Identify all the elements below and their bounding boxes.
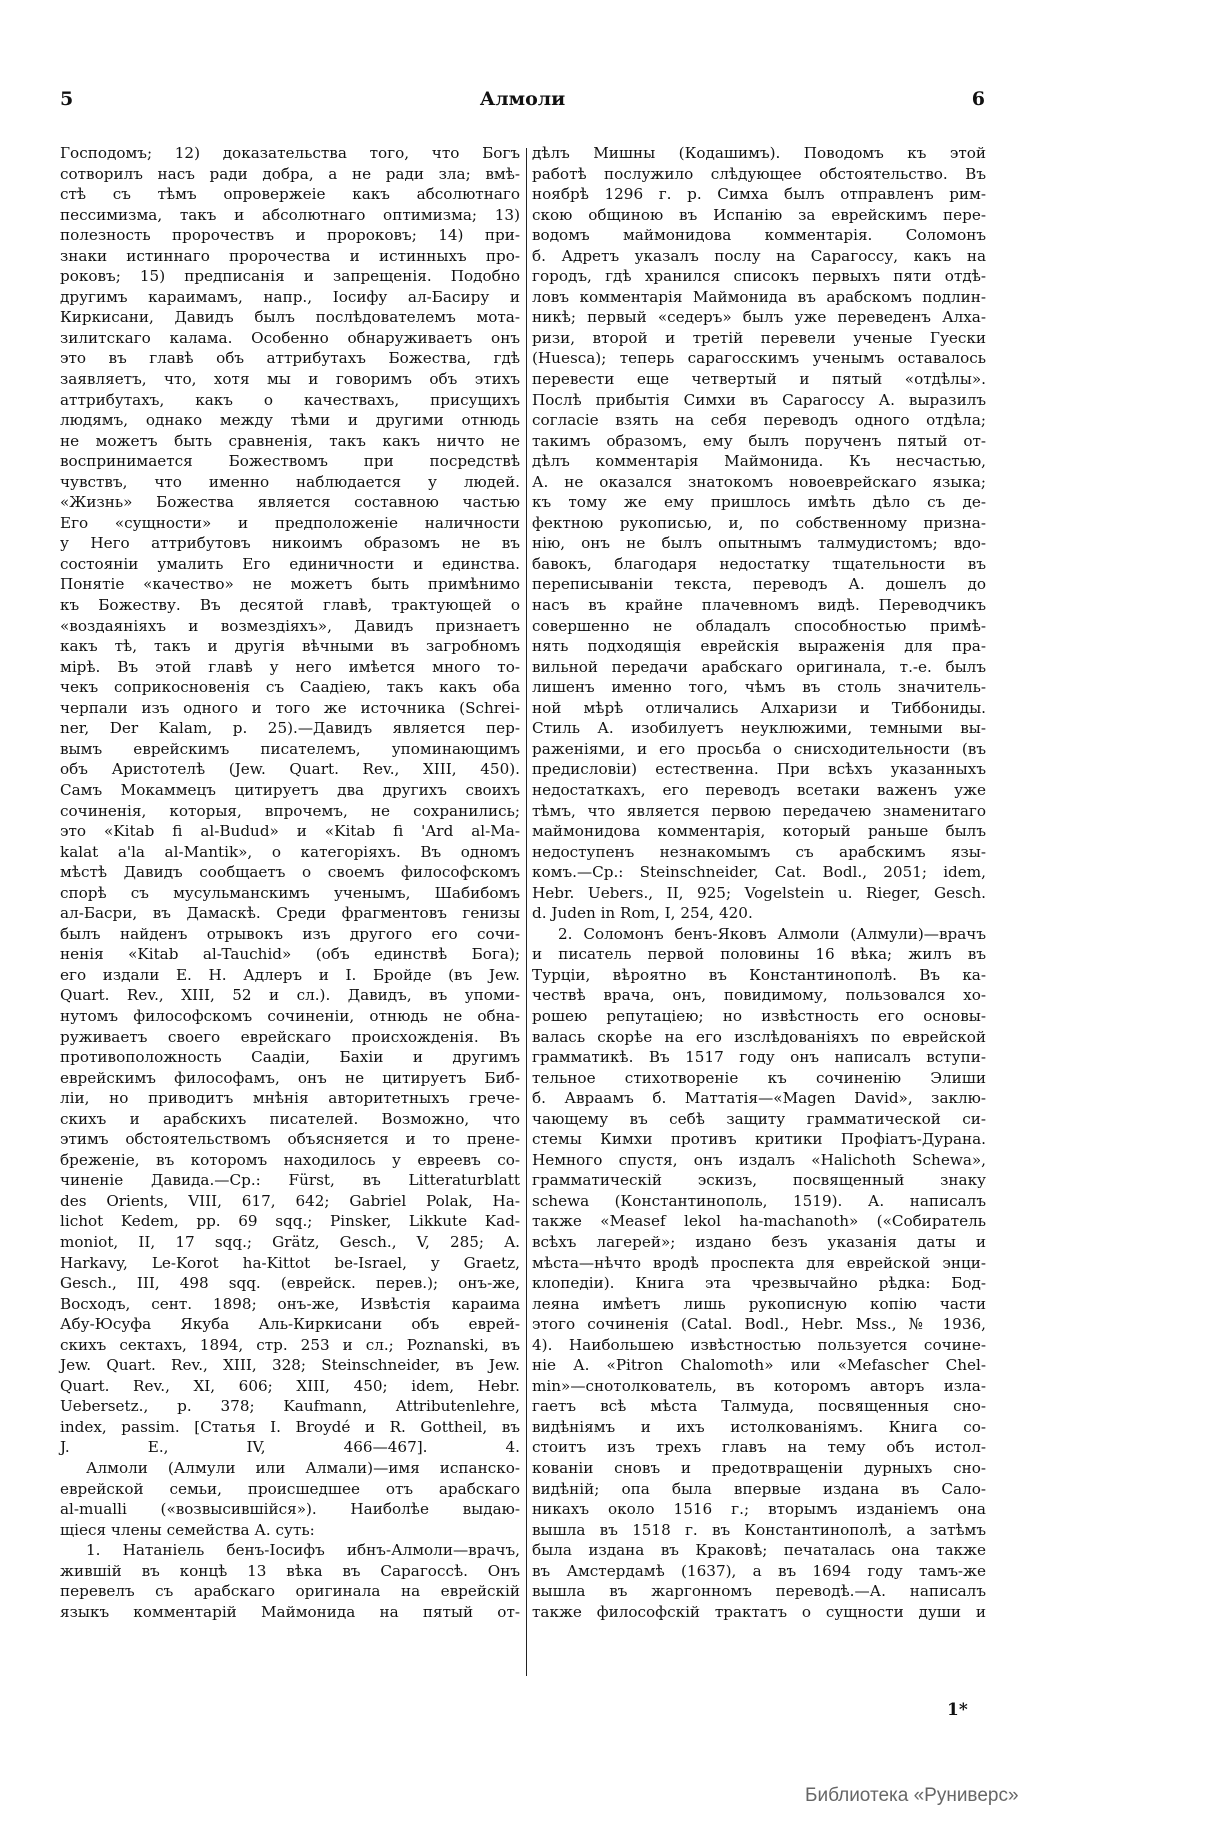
text-line: жившій въ концѣ 13 вѣка въ Сарагоссѣ. Он… [60, 1561, 520, 1582]
text-line: аттрибутахъ, какъ о качествахъ, присущих… [60, 390, 520, 411]
text-line: нять подходящія еврейскія выраженія для … [532, 636, 986, 657]
text-line: чествѣ врача, онъ, повидимому, пользовал… [532, 985, 986, 1006]
text-line: бреженіе, въ которомъ находилось у еврее… [60, 1150, 520, 1171]
text-line: Gesch., III, 498 sqq. (еврейск. перев.);… [60, 1273, 520, 1294]
text-line: спорѣ съ мусульманскимъ ученымъ, Шабибом… [60, 883, 520, 904]
text-line: ніе А. «Pitron Chalomoth» или «Mefascher… [532, 1355, 986, 1376]
text-line: воспринимается Божествомъ при посредствѣ [60, 451, 520, 472]
text-line: стоитъ изъ трехъ главъ на тему объ истол… [532, 1437, 986, 1458]
text-line: рошею репутаціею; но извѣстность его осн… [532, 1006, 986, 1027]
text-line: маймонидова комментарія, который раньше … [532, 821, 986, 842]
text-line: Алмоли (Алмули или Алмали)—имя испанско- [60, 1458, 520, 1479]
text-line: des Orients, VIII, 617, 642; Gabriel Pol… [60, 1191, 520, 1212]
text-line: «воздаяніяхъ и возмездіяхъ», Давидъ приз… [60, 616, 520, 637]
text-line: Quart. Rev., XIII, 52 и сл.). Давидъ, въ… [60, 985, 520, 1006]
text-line: «Жизнь» Божества является составною част… [60, 492, 520, 513]
text-line: водомъ маймонидова комментарія. Соломонъ [532, 225, 986, 246]
text-line: скою общиною въ Испанію за еврейскимъ пе… [532, 205, 986, 226]
text-line: недоступенъ незнакомымъ съ арабскимъ язы… [532, 842, 986, 863]
text-line: какъ тѣ, такъ и другія вѣчными въ загроб… [60, 636, 520, 657]
text-line: Абу-Юсуфа Якуба Аль-Киркисани объ еврей- [60, 1314, 520, 1335]
text-line: еврейской семьи, происшедшее отъ арабска… [60, 1479, 520, 1500]
text-line: ной мѣрѣ отличались Алхаризи и Тиббониды… [532, 698, 986, 719]
text-line: Стиль А. изобилуетъ неуклюжими, темными … [532, 718, 986, 739]
text-line: клопедіи). Книга эта чрезвычайно рѣдка: … [532, 1273, 986, 1294]
text-line: А. не оказался знатокомъ новоеврейскаго … [532, 472, 986, 493]
text-line: зилитскаго калама. Особенно обнаруживает… [60, 328, 520, 349]
text-line: б. Авраамъ б. Маттатія—«Magen David», за… [532, 1088, 986, 1109]
text-line: Немного спустя, онъ издалъ «Halichoth Sc… [532, 1150, 986, 1171]
text-line: комъ.—Ср.: Steinschneider, Cat. Bodl., 2… [532, 862, 986, 883]
text-line: видѣній; опа была впервые издана въ Сало… [532, 1479, 986, 1500]
text-line: ner, Der Kalam, p. 25).—Давидъ является … [60, 718, 520, 739]
text-line: совершенно не обладалъ способностью прим… [532, 616, 986, 637]
text-line: Jew. Quart. Rev., XIII, 328; Steinschnei… [60, 1355, 520, 1376]
text-line: мѣста—нѣчто вродѣ проспекта для еврейско… [532, 1253, 986, 1274]
text-line: не можетъ быть сравненія, такъ какъ ничт… [60, 431, 520, 452]
text-line: такимъ образомъ, ему былъ порученъ пятый… [532, 431, 986, 452]
text-line: лишенъ именно того, чѣмъ въ столь значит… [532, 677, 986, 698]
text-line: вильной передачи арабскаго оригинала, т.… [532, 657, 986, 678]
text-line: бавокъ, благодаря недостатку тщательност… [532, 554, 986, 575]
text-line: ризи, второй и третій перевели ученые Гу… [532, 328, 986, 349]
text-line: ал-Басри, въ Дамаскѣ. Среди фрагментовъ … [60, 903, 520, 924]
page-header: 5 Алмоли 6 [60, 88, 985, 112]
text-line: гаетъ всѣ мѣста Талмуда, посвященныя сно… [532, 1396, 986, 1417]
text-line: къ тому же ему пришлось имѣть дѣло съ де… [532, 492, 986, 513]
text-line: дѣлъ комментарія Маймонида. Къ несчастью… [532, 451, 986, 472]
text-line: людямъ, однако между тѣми и другими отню… [60, 410, 520, 431]
text-line: роковъ; 15) предписанія и запрещенія. По… [60, 266, 520, 287]
text-line: видѣніямъ и ихъ истолкованіямъ. Книга со… [532, 1417, 986, 1438]
text-line: еврейскимъ философамъ, онъ не цитируетъ … [60, 1068, 520, 1089]
text-line: раженіями, и его просьба о снисходительн… [532, 739, 986, 760]
text-line: пессимизма, такъ и абсолютнаго оптимизма… [60, 205, 520, 226]
text-line: перевелъ съ арабскаго оригинала на еврей… [60, 1581, 520, 1602]
text-line: его издали Е. Н. Адлеръ и I. Бройде (въ … [60, 965, 520, 986]
text-line: никахъ около 1516 г.; вторымъ изданіемъ … [532, 1499, 986, 1520]
text-line: насъ въ крайне плачевномъ видѣ. Переводч… [532, 595, 986, 616]
text-line: нутомъ философскомъ сочиненіи, отнюдь не… [60, 1006, 520, 1027]
text-line: Uebersetz., p. 378; Kaufmann, Attributen… [60, 1396, 520, 1417]
text-line: этимъ обстоятельствомъ объясняется и то … [60, 1129, 520, 1150]
text-line: min»—снотолкователь, въ которомъ авторъ … [532, 1376, 986, 1397]
text-line: перевести еще четвертый и пятый «отдѣлы»… [532, 369, 986, 390]
text-line: у Него аттрибутовъ никоимъ образомъ не в… [60, 533, 520, 554]
text-line: мірѣ. Въ этой главѣ у него имѣется много… [60, 657, 520, 678]
text-line: Понятіе «качество» не можетъ быть примѣн… [60, 574, 520, 595]
page-number-right: 6 [972, 88, 985, 110]
text-line: стѣ съ тѣмъ опровержеіе какъ абсолютнаго [60, 184, 520, 205]
text-line: al-mualli («возвысившійся»). Наиболѣе вы… [60, 1499, 520, 1520]
text-line: мѣстѣ Давидъ сообщаетъ о своемъ философс… [60, 862, 520, 883]
text-line: руживаетъ своего еврейскаго происхождені… [60, 1027, 520, 1048]
text-line: ноябрѣ 1296 г. р. Симха былъ отправленъ … [532, 184, 986, 205]
text-line: былъ найденъ отрывокъ изъ другого его со… [60, 924, 520, 945]
text-line: 4). Наибольшею извѣстностью пользуется с… [532, 1335, 986, 1356]
text-line: Послѣ прибытія Симхи въ Сарагоссу А. выр… [532, 390, 986, 411]
text-line: Киркисани, Давидъ былъ послѣдователемъ м… [60, 307, 520, 328]
signature-mark: 1* [947, 1700, 968, 1720]
text-line: (Huesca); теперь сарагосскимъ ученымъ ос… [532, 348, 986, 369]
text-line: schewa (Константинополь, 1519). А. напис… [532, 1191, 986, 1212]
text-line: чающему въ себѣ защиту грамматической си… [532, 1109, 986, 1130]
text-line: Его «сущности» и предположеніе наличност… [60, 513, 520, 534]
text-line: moniot, II, 17 sqq.; Grätz, Gesch., V, 2… [60, 1232, 520, 1253]
text-line: противоположность Саадіи, Бахіи и другим… [60, 1047, 520, 1068]
text-line: переписываніи текста, переводъ А. дошелъ… [532, 574, 986, 595]
text-line: стемы Кимхи противъ критики Профіатъ-Дур… [532, 1129, 986, 1150]
text-line: работѣ послужило слѣдующее обстоятельств… [532, 164, 986, 185]
text-line: lichot Kedem, pp. 69 sqq.; Pinsker, Likk… [60, 1211, 520, 1232]
text-line: это въ главѣ объ аттрибутахъ Божества, г… [60, 348, 520, 369]
text-line: кованіи сновъ и предотвращеніи дурныхъ с… [532, 1458, 986, 1479]
text-line: чувствъ, что именно наблюдается у людей. [60, 472, 520, 493]
text-line: 1. Натаніель бенъ-Іосифъ ибнъ-Алмоли—вра… [60, 1540, 520, 1561]
text-line: леяна имѣетъ лишь рукописную копію части [532, 1294, 986, 1315]
text-line: скихъ сектахъ, 1894, стр. 253 и сл.; Poz… [60, 1335, 520, 1356]
text-line: городъ, гдѣ хранился списокъ первыхъ пят… [532, 266, 986, 287]
text-line: Самъ Мокаммецъ цитируетъ два другихъ сво… [60, 780, 520, 801]
text-line: и писатель первой половины 16 вѣка; жилъ… [532, 944, 986, 965]
text-line: была издана въ Краковѣ; печаталась она т… [532, 1540, 986, 1561]
text-line: тѣмъ, что является первою передачею знам… [532, 801, 986, 822]
text-line: щіеся члены семейства А. суть: [60, 1520, 520, 1541]
text-line: сочиненія, которыя, впрочемъ, не сохрани… [60, 801, 520, 822]
text-line: сотворилъ насъ ради добра, а не ради зла… [60, 164, 520, 185]
text-line: грамматикѣ. Въ 1517 году онъ написалъ вс… [532, 1047, 986, 1068]
text-line: ліи, но приводитъ мнѣнія авторитетныхъ г… [60, 1088, 520, 1109]
text-line: это «Kitab fi al-Budud» и «Kitab fi 'Ard… [60, 821, 520, 842]
text-line: index, passim. [Статья I. Broydé и R. Go… [60, 1417, 520, 1438]
right-column: дѣлъ Мишны (Кодашимъ). Поводомъ къ этойр… [532, 143, 986, 1622]
text-line: дѣлъ Мишны (Кодашимъ). Поводомъ къ этой [532, 143, 986, 164]
text-line: предисловіи) естественна. При всѣхъ указ… [532, 759, 986, 780]
text-line: ловъ комментарія Маймонида въ арабскомъ … [532, 287, 986, 308]
text-line: чекъ соприкосновенія съ Саадіею, такъ ка… [60, 677, 520, 698]
text-line: къ Божеству. Въ десятой главѣ, трактующе… [60, 595, 520, 616]
text-line: вымъ еврейскимъ писателемъ, упоминающимъ [60, 739, 520, 760]
text-line: объ Аристотелѣ (Jew. Quart. Rev., XIII, … [60, 759, 520, 780]
left-column: Господомъ; 12) доказательства того, что … [60, 143, 520, 1622]
text-line: въ Амстердамѣ (1637), а въ 1694 году там… [532, 1561, 986, 1582]
text-line: также философскій трактатъ о сущности ду… [532, 1602, 986, 1623]
text-line: чиненіе Давида.—Ср.: Fürst, въ Litteratu… [60, 1170, 520, 1191]
text-line: вышла въ 1518 г. въ Константинополѣ, а з… [532, 1520, 986, 1541]
text-line: грамматическій эскизъ, посвященный знаку [532, 1170, 986, 1191]
text-line: Господомъ; 12) доказательства того, что … [60, 143, 520, 164]
text-line: J. E., IV, 466—467]. 4. [60, 1437, 520, 1458]
text-line: скихъ и арабскихъ писателей. Возможно, ч… [60, 1109, 520, 1130]
text-line: нію, онъ не былъ опытнымъ талмудистомъ; … [532, 533, 986, 554]
text-line: 2. Соломонъ бенъ-Яковъ Алмоли (Алмули)—в… [532, 924, 986, 945]
text-line: никѣ; первый «седеръ» былъ уже переведен… [532, 307, 986, 328]
text-line: валась скорѣе на его изслѣдованіяхъ по е… [532, 1027, 986, 1048]
text-line: полезность пророчествъ и пророковъ; 14) … [60, 225, 520, 246]
text-line: вышла въ жаргонномъ переводѣ.—А. написал… [532, 1581, 986, 1602]
running-title: Алмоли [60, 88, 985, 110]
text-line: d. Juden in Rom, I, 254, 420. [532, 903, 986, 924]
text-line: другимъ караимамъ, напр., Іосифу ал-Баси… [60, 287, 520, 308]
text-line: состояніи умалить Его единичности и един… [60, 554, 520, 575]
text-line: Harkavy, Le-Korot ha-Kittot be-Israel, y… [60, 1253, 520, 1274]
text-line: б. Адретъ указалъ послу на Сарагоссу, ка… [532, 246, 986, 267]
library-watermark: Библиотека «Руниверс» [805, 1785, 1019, 1807]
text-line: знаки истиннаго пророчества и истинныхъ … [60, 246, 520, 267]
text-line: Hebr. Uebers., II, 925; Vogelstein u. Ri… [532, 883, 986, 904]
text-line: фектною рукописью, и, по собственному пр… [532, 513, 986, 534]
text-line: тельное стихотвореніе къ сочиненію Элиши [532, 1068, 986, 1089]
text-line: заявляетъ, что, хотя мы и говоримъ объ э… [60, 369, 520, 390]
text-line: этого сочиненія (Catal. Bodl., Hebr. Mss… [532, 1314, 986, 1335]
text-line: также «Measef lekol ha-machanoth» («Соби… [532, 1211, 986, 1232]
text-line: всѣхъ лагерей»; издано безъ указанія дат… [532, 1232, 986, 1253]
text-line: Quart. Rev., XI, 606; XIII, 450; idem, H… [60, 1376, 520, 1397]
column-divider [526, 148, 527, 1676]
text-line: ненія «Kitab al-Tauchid» (объ единствѣ Б… [60, 944, 520, 965]
text-line: kalat a'la al-Mantik», о категоріяхъ. Въ… [60, 842, 520, 863]
text-line: Восходъ, сент. 1898; онъ-же, Извѣстія ка… [60, 1294, 520, 1315]
text-line: языкъ комментарій Маймонида на пятый от- [60, 1602, 520, 1623]
text-line: недостаткахъ, его переводъ всетаки важен… [532, 780, 986, 801]
text-line: согласіе взять на себя переводъ одного о… [532, 410, 986, 431]
text-line: Турціи, вѣроятно въ Константинополѣ. Въ … [532, 965, 986, 986]
text-line: черпали изъ одного и того же источника (… [60, 698, 520, 719]
